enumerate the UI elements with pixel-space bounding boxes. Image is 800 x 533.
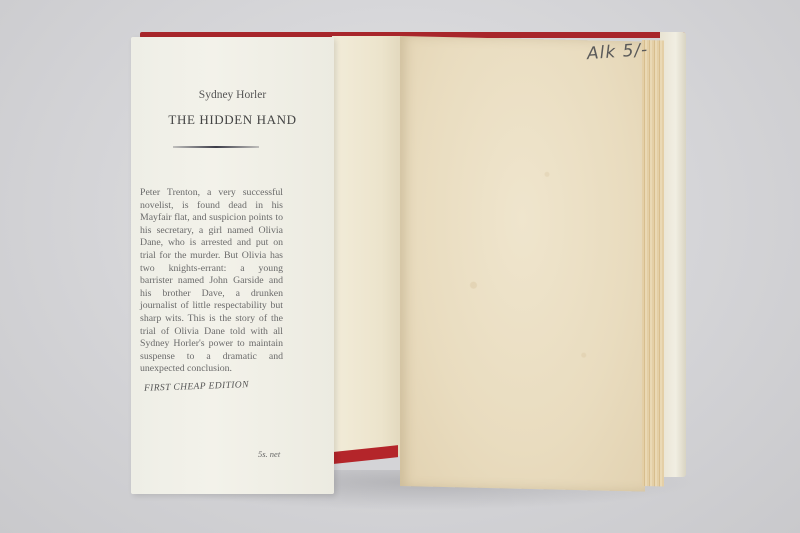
decorative-rule (173, 146, 259, 148)
book-title: THE HIDDEN HAND (131, 112, 334, 128)
price-label: 5s. net (258, 449, 280, 459)
blurb-text: Peter Trenton, a very successful novelis… (140, 187, 283, 376)
book-photo: Alk 5/- Sydney Horler THE HIDDEN HAND Pe… (0, 0, 800, 533)
pencil-price-note: Alk 5/- (586, 40, 649, 64)
edition-label: FIRST CHEAP EDITION (144, 380, 249, 394)
inner-endpaper-strip (332, 36, 402, 456)
page-edges (642, 40, 664, 486)
dust-jacket-flap: Sydney Horler THE HIDDEN HAND Peter Tren… (131, 37, 334, 494)
author-name: Sydney Horler (131, 89, 334, 101)
right-endpaper (400, 36, 645, 492)
